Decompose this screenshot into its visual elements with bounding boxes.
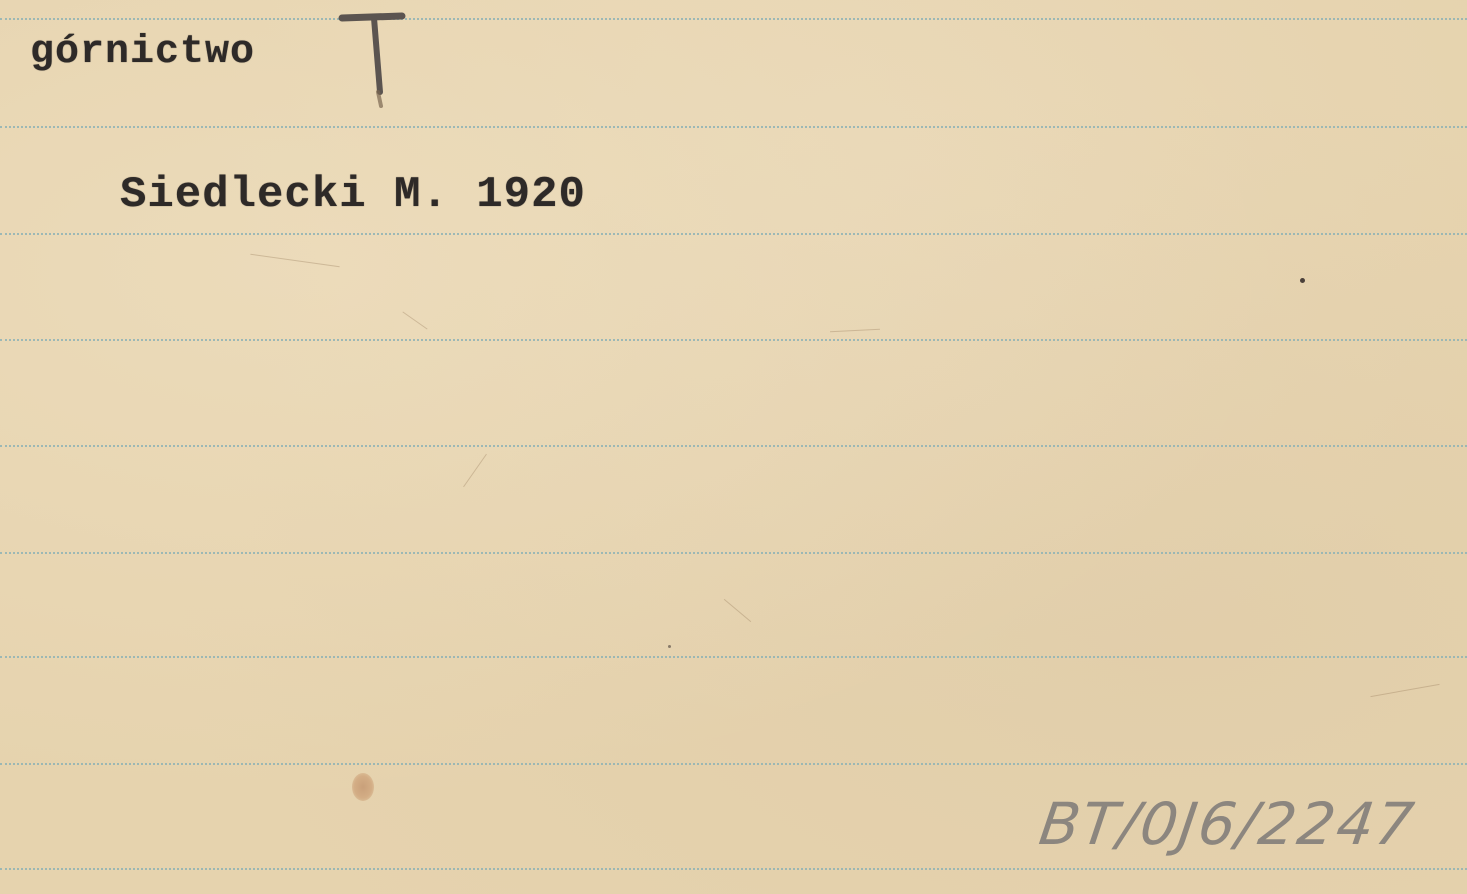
- catalog-card: górnictwo Siedlecki M. 1920 BT/0J6/2247: [0, 0, 1467, 894]
- t-mark-icon: [338, 12, 408, 110]
- ink-speck: [1300, 278, 1305, 283]
- paper-fiber: [1370, 684, 1439, 697]
- paper-fiber: [402, 311, 427, 329]
- signature-text: BT/0J6/2247: [1035, 790, 1419, 858]
- paper-stain: [352, 773, 374, 801]
- ruled-line: [0, 18, 1467, 20]
- author-entry: Siedlecki M. 1920: [120, 170, 586, 220]
- ruled-line: [0, 126, 1467, 128]
- ruled-line: [0, 233, 1467, 235]
- ruled-line: [0, 763, 1467, 765]
- paper-fiber: [250, 254, 339, 268]
- ruled-line: [0, 656, 1467, 658]
- ruled-line: [0, 552, 1467, 554]
- ruled-line: [0, 445, 1467, 447]
- ink-speck: [668, 645, 671, 648]
- subject-heading: górnictwo: [30, 30, 255, 75]
- ruled-line: [0, 339, 1467, 341]
- paper-fiber: [830, 329, 880, 333]
- paper-fiber: [463, 454, 487, 487]
- shelf-signature: BT/0J6/2247: [1040, 790, 1440, 870]
- paper-fiber: [724, 599, 751, 622]
